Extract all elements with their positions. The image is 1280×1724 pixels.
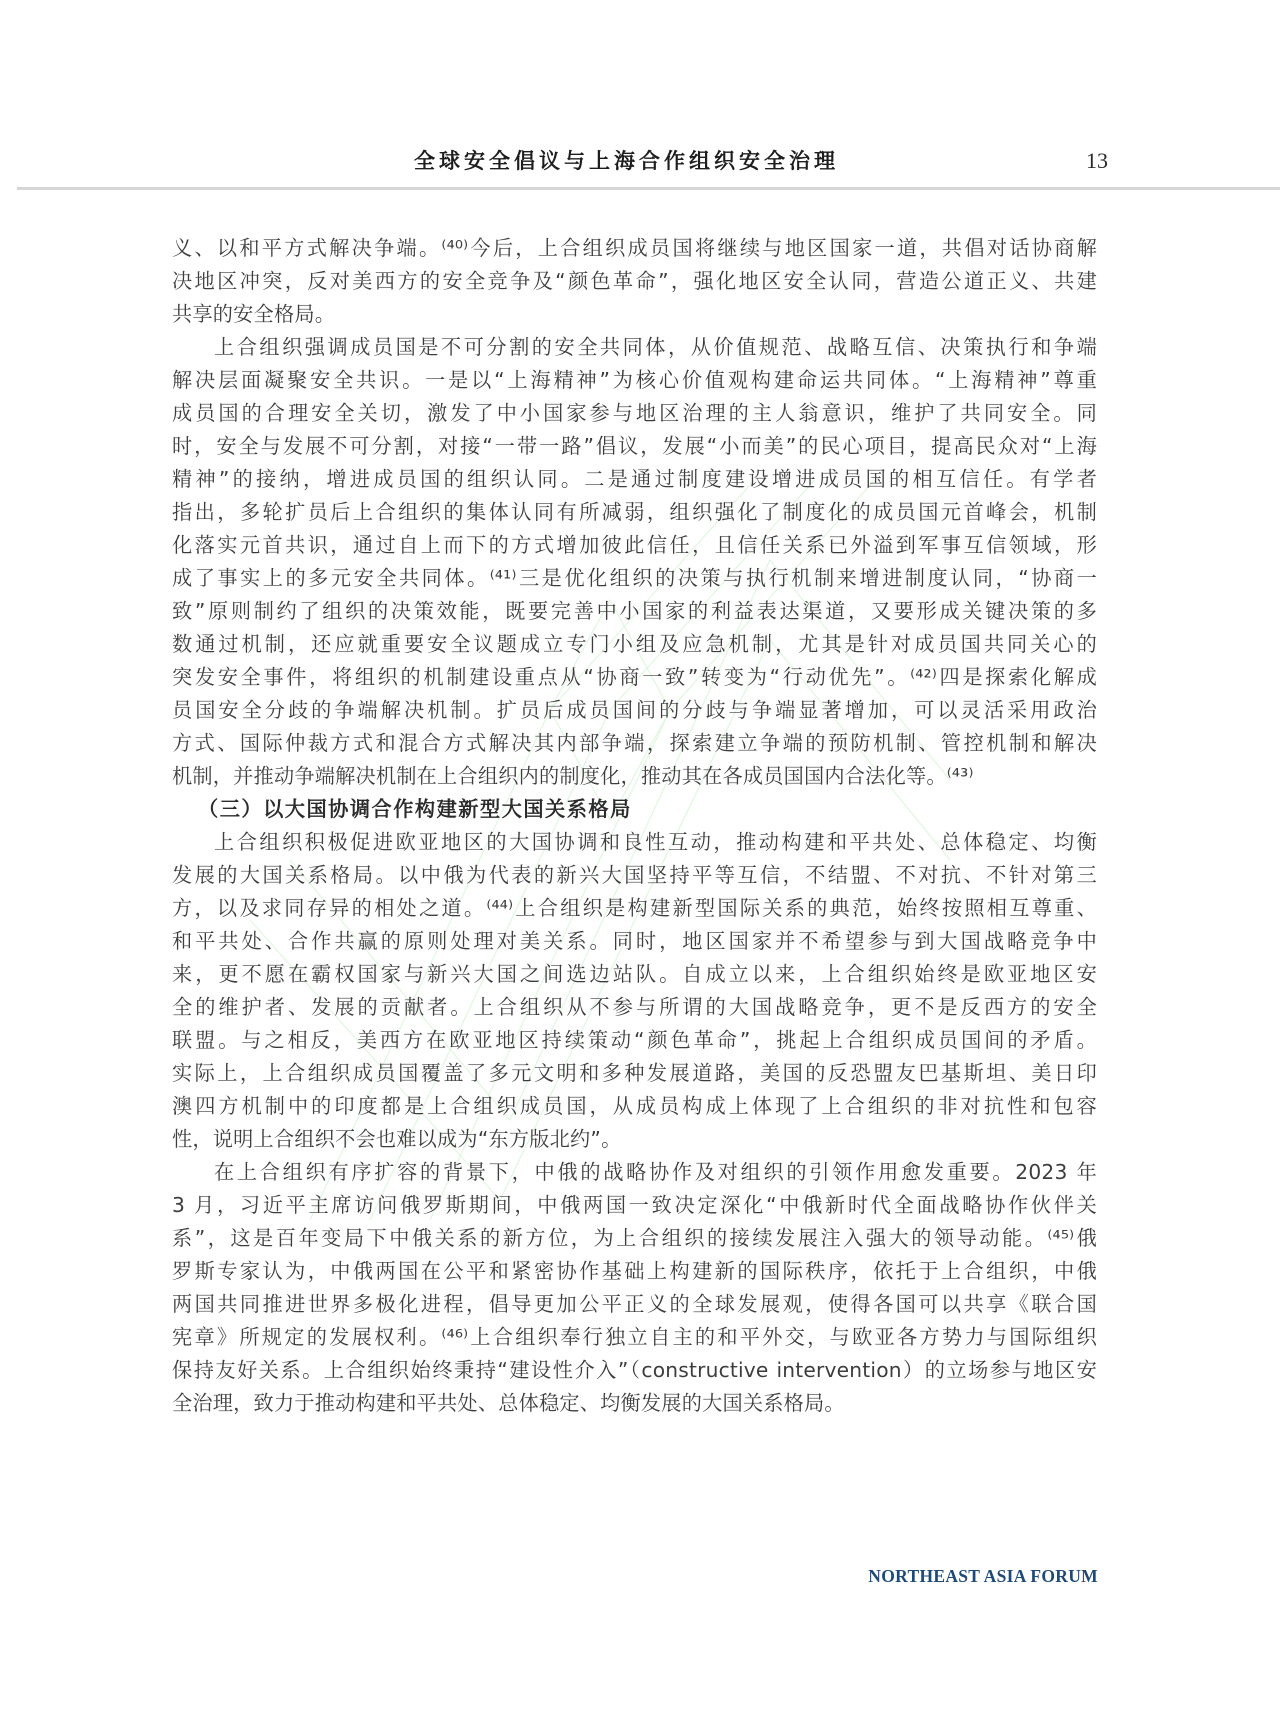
text-line: 方，以及求同存异的相处之道。⁽⁴⁴⁾上合组织是构建新型国际关系的典范，始终按照相… bbox=[172, 892, 1097, 925]
text-line: 数通过机制，还应就重要安全议题成立专门小组及应急机制，尤其是针对成员国共同关心的 bbox=[172, 628, 1097, 661]
text-line: 指出，多轮扩员后上合组织的集体认同有所减弱，组织强化了制度化的成员国元首峰会，机… bbox=[172, 496, 1097, 529]
text-line: 来，更不愿在霸权国家与新兴大国之间选边站队。自成立以来，上合组织始终是欧亚地区安 bbox=[172, 958, 1097, 991]
text-line: 两国共同推进世界多极化进程，倡导更加公平正义的全球发展观，使得各国可以共享《联合… bbox=[172, 1288, 1097, 1321]
text-line: 义、以和平方式解决争端。⁽⁴⁰⁾今后，上合组织成员国将继续与地区国家一道，共倡对… bbox=[172, 232, 1097, 265]
section-heading: （三）以大国协调合作构建新型大国关系格局 bbox=[172, 793, 1097, 826]
text-line: 方式、国际仲裁方式和混合方式解决其内部争端，探索建立争端的预防机制、管控机制和解… bbox=[172, 727, 1097, 760]
text-line: 共享的安全格局。 bbox=[172, 298, 1097, 331]
text-line: 解决层面凝聚安全共识。一是以“上海精神”为核心价值观构建命运共同体。“上海精神”… bbox=[172, 364, 1097, 397]
text-line: 澳四方机制中的印度都是上合组织成员国，从成员构成上体现了上合组织的非对抗性和包容 bbox=[172, 1090, 1097, 1123]
text-line: 决地区冲突，反对美西方的安全竞争及“颜色革命”，强化地区安全认同，营造公道正义、… bbox=[172, 265, 1097, 298]
text-line: 和平共处、合作共赢的原则处理对美关系。同时，地区国家并不希望参与到大国战略竞争中 bbox=[172, 925, 1097, 958]
text-line: 罗斯专家认为，中俄两国在公平和紧密协作基础上构建新的国际秩序，依托于上合组织，中… bbox=[172, 1255, 1097, 1288]
text-line: 全治理，致力于推动构建和平共处、总体稳定、均衡发展的大国关系格局。 bbox=[172, 1387, 1097, 1420]
text-line: 机制，并推动争端解决机制在上合组织内的制度化，推动其在各成员国国内合法化等。⁽⁴… bbox=[172, 760, 1097, 793]
text-line: 发展的大国关系格局。以中俄为代表的新兴大国坚持平等互信，不结盟、不对抗、不针对第… bbox=[172, 859, 1097, 892]
paragraph-start: 上合组织积极促进欧亚地区的大国协调和良性互动，推动构建和平共处、总体稳定、均衡 bbox=[172, 826, 1097, 859]
text-line: 精神”的接纳，增进成员国的组织认同。二是通过制度建设增进成员国的相互信任。有学者 bbox=[172, 463, 1097, 496]
paragraph-start: 在上合组织有序扩容的背景下，中俄的战略协作及对组织的引领作用愈发重要。2023 … bbox=[172, 1156, 1097, 1189]
header-divider bbox=[17, 187, 1280, 190]
text-line: 突发安全事件，将组织的机制建设重点从“协商一致”转变为“行动优先”。⁽⁴²⁾四是… bbox=[172, 661, 1097, 694]
text-line: 3 月，习近平主席访问俄罗斯期间，中俄两国一致决定深化“中俄新时代全面战略协作伙… bbox=[172, 1189, 1097, 1222]
running-header: 全球安全倡议与上海合作组织安全治理 13 bbox=[0, 144, 1280, 178]
paragraph-start: 上合组织强调成员国是不可分割的安全共同体，从价值规范、战略互信、决策执行和争端 bbox=[172, 331, 1097, 364]
text-line: 系”，这是百年变局下中俄关系的新方位，为上合组织的接续发展注入强大的领导动能。⁽… bbox=[172, 1222, 1097, 1255]
running-title: 全球安全倡议与上海合作组织安全治理 bbox=[414, 144, 864, 178]
text-line: 联盟。与之相反，美西方在欧亚地区持续策动“颜色革命”，挑起上合组织成员国间的矛盾… bbox=[172, 1024, 1097, 1057]
text-line: 致”原则制约了组织的决策效能，既要完善中小国家的利益表达渠道，又要形成关键决策的… bbox=[172, 595, 1097, 628]
page-number: 13 bbox=[1086, 144, 1108, 178]
article-body: 义、以和平方式解决争端。⁽⁴⁰⁾今后，上合组织成员国将继续与地区国家一道，共倡对… bbox=[172, 232, 1097, 1420]
text-line: 全的维护者、发展的贡献者。上合组织从不参与所谓的大国战略竞争，更不是反西方的安全 bbox=[172, 991, 1097, 1024]
text-line: 实际上，上合组织成员国覆盖了多元文明和多种发展道路，美国的反恐盟友巴基斯坦、美日… bbox=[172, 1057, 1097, 1090]
journal-footer: NORTHEAST ASIA FORUM bbox=[832, 1566, 1098, 1587]
text-line: 宪章》所规定的发展权利。⁽⁴⁶⁾上合组织奉行独立自主的和平外交，与欧亚各方势力与… bbox=[172, 1321, 1097, 1354]
text-line: 成了事实上的多元安全共同体。⁽⁴¹⁾三是优化组织的决策与执行机制来增进制度认同，… bbox=[172, 562, 1097, 595]
text-line: 时，安全与发展不可分割，对接“一带一路”倡议，发展“小而美”的民心项目，提高民众… bbox=[172, 430, 1097, 463]
text-line: 员国安全分歧的争端解决机制。扩员后成员国间的分歧与争端显著增加，可以灵活采用政治 bbox=[172, 694, 1097, 727]
text-line: 化落实元首共识，通过自上而下的方式增加彼此信任，且信任关系已外溢到军事互信领域，… bbox=[172, 529, 1097, 562]
text-line: 性，说明上合组织不会也难以成为“东方版北约”。 bbox=[172, 1123, 1097, 1156]
text-line: 成员国的合理安全关切，激发了中小国家参与地区治理的主人翁意识，维护了共同安全。同 bbox=[172, 397, 1097, 430]
text-line: 保持友好关系。上合组织始终秉持“建设性介入”（constructive inte… bbox=[172, 1354, 1097, 1387]
